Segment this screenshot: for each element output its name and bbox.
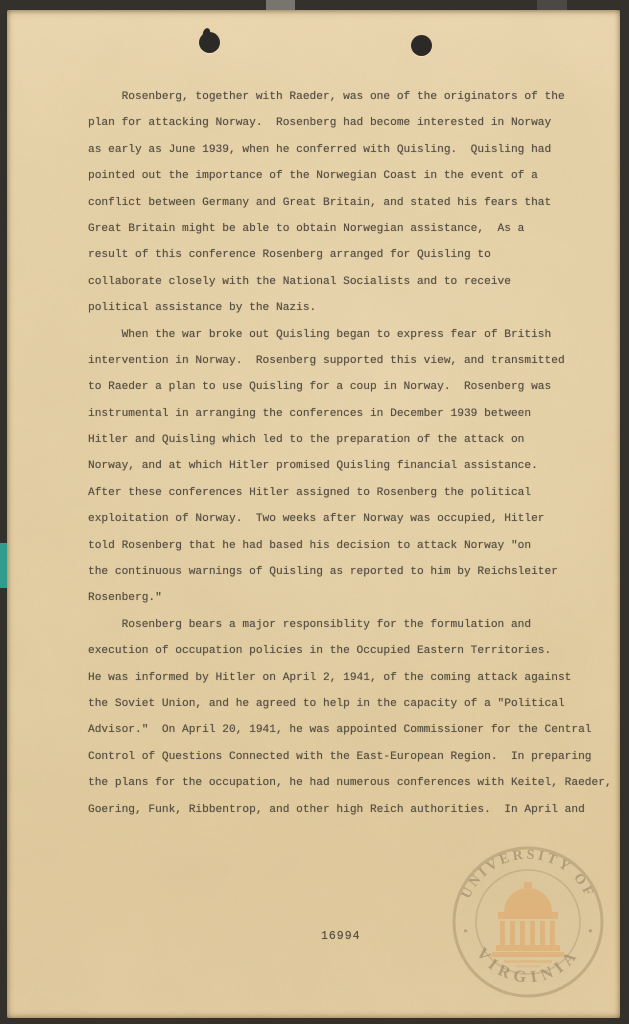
document-page: Rosenberg, together with Raeder, was one… [7, 10, 620, 1018]
text-line: Rosenberg." [88, 585, 618, 611]
text-line: execution of occupation policies in the … [88, 638, 618, 664]
seal-arc-top-label: UNIVERSITY OF [459, 848, 597, 902]
text-line: conflict between Germany and Great Brita… [88, 190, 618, 216]
text-line: Control of Questions Connected with the … [88, 744, 618, 770]
text-line: told Rosenberg that he had based his dec… [88, 533, 618, 559]
seal-dot-left [464, 929, 467, 932]
scanner-background: Rosenberg, together with Raeder, was one… [0, 0, 629, 1024]
text-line: result of this conference Rosenberg arra… [88, 242, 618, 268]
rotunda-building-icon [492, 882, 564, 968]
text-line: When the war broke out Quisling began to… [88, 322, 618, 348]
typewritten-text: Rosenberg, together with Raeder, was one… [88, 84, 618, 823]
text-line: political assistance by the Nazis. [88, 295, 618, 321]
text-line: exploitation of Norway. Two weeks after … [88, 506, 618, 532]
seal-dot-right [589, 929, 592, 932]
seal-outer-ring [454, 848, 602, 996]
university-of-virginia-watermark-seal: UNIVERSITY OF VIRGINIA [434, 828, 622, 1016]
text-line: the continuous warnings of Quisling as r… [88, 559, 618, 585]
text-line: Advisor." On April 20, 1941, he was appo… [88, 717, 618, 743]
text-line: plan for attacking Norway. Rosenberg had… [88, 110, 618, 136]
text-line: Goering, Funk, Ribbentrop, and other hig… [88, 797, 618, 823]
teal-edge-mark [0, 543, 7, 588]
text-line: as early as June 1939, when he conferred… [88, 137, 618, 163]
text-line: Rosenberg bears a major responsiblity fo… [88, 612, 618, 638]
text-line: Great Britain might be able to obtain No… [88, 216, 618, 242]
text-line: Hitler and Quisling which led to the pre… [88, 427, 618, 453]
punch-hole-right [411, 35, 432, 56]
seal-inner-ring [476, 870, 580, 974]
text-line: After these conferences Hitler assigned … [88, 480, 618, 506]
text-line: the Soviet Union, and he agreed to help … [88, 691, 618, 717]
watermark-wash [446, 840, 610, 1004]
text-line: Norway, and at which Hitler promised Qui… [88, 453, 618, 479]
text-line: the plans for the occupation, he had num… [88, 770, 618, 796]
punch-hole-left [199, 32, 220, 53]
text-line: collaborate closely with the National So… [88, 269, 618, 295]
text-line: Rosenberg, together with Raeder, was one… [88, 84, 618, 110]
seal-arc-bottom-label: VIRGINIA [473, 944, 583, 987]
page-number: 16994 [321, 930, 361, 943]
text-line: He was informed by Hitler on April 2, 19… [88, 665, 618, 691]
text-line: to Raeder a plan to use Quisling for a c… [88, 374, 618, 400]
text-line: instrumental in arranging the conference… [88, 401, 618, 427]
text-line: intervention in Norway. Rosenberg suppor… [88, 348, 618, 374]
text-line: pointed out the importance of the Norweg… [88, 163, 618, 189]
